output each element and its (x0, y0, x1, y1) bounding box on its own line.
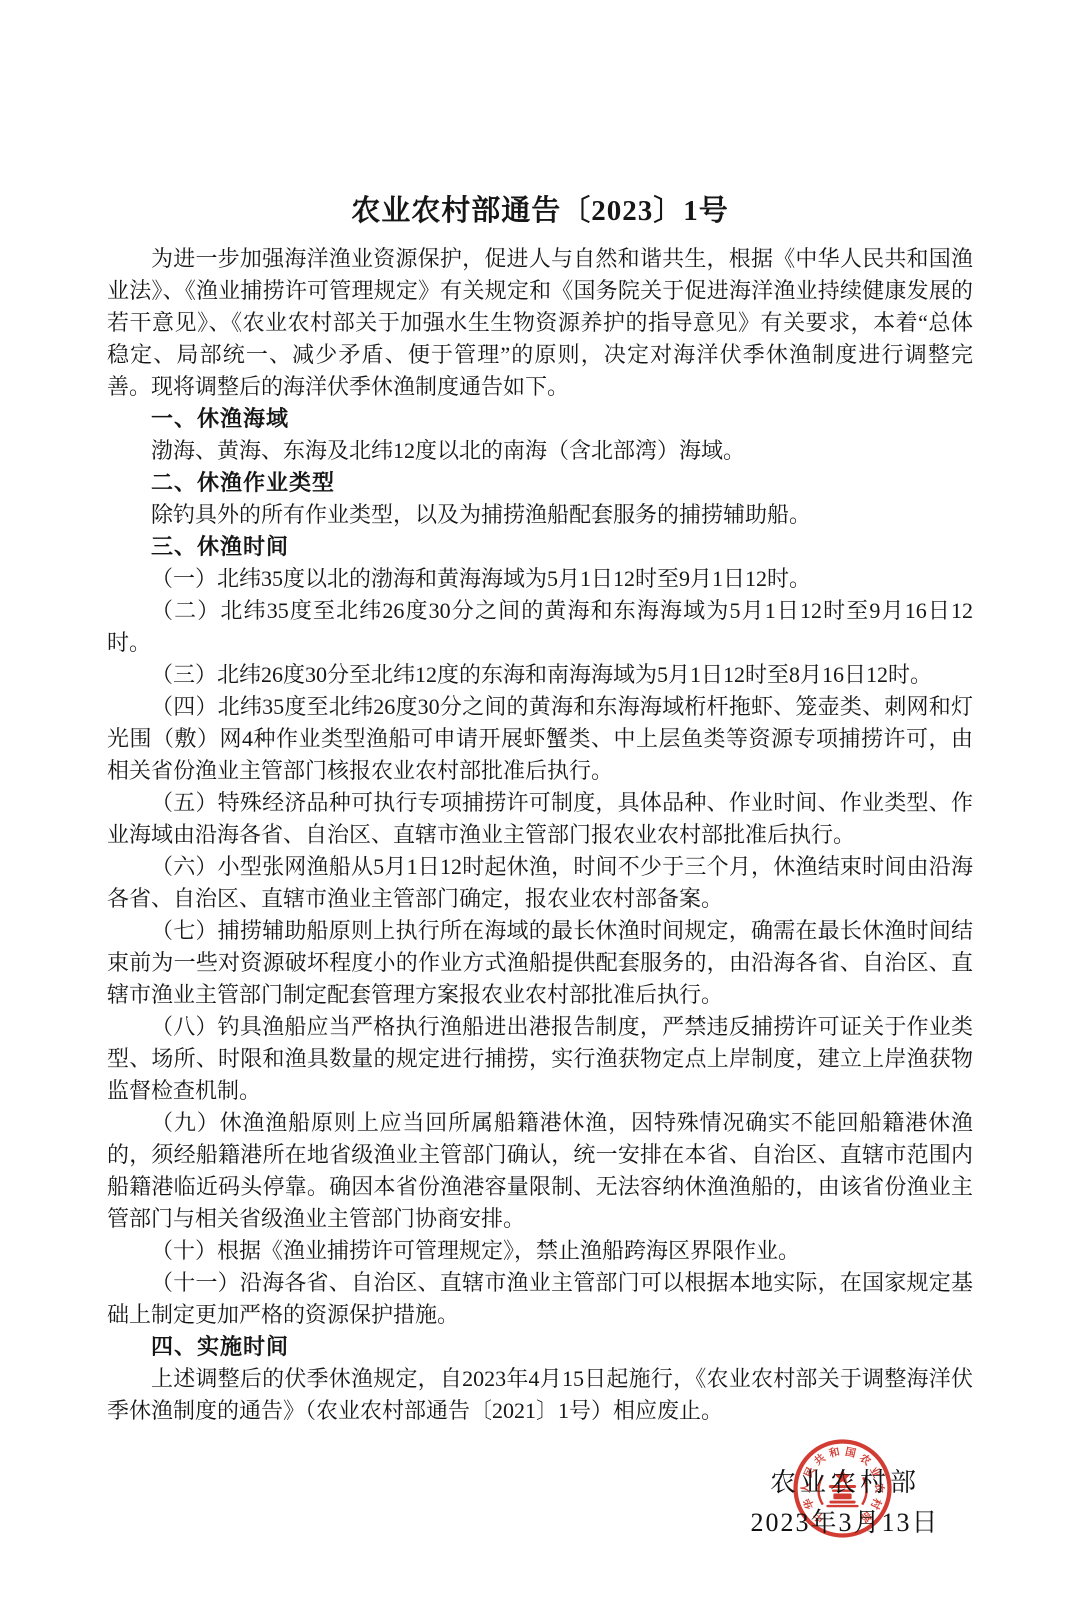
seal-ring-char: 华 (801, 1496, 817, 1511)
seal-ring-char: 农 (857, 1451, 874, 1468)
paragraph: 除钓具外的所有作业类型，以及为捕捞渔船配套服务的捕捞辅助船。 (107, 499, 973, 531)
section-heading: 二、休渔作业类型 (107, 467, 973, 499)
document-page: 农业农村部通告〔2023〕1号 为进一步加强海洋渔业资源保护，促进人与自然和谐共… (0, 0, 1080, 1620)
seal-ring-char: 共 (812, 1451, 829, 1468)
paragraph: （九）休渔渔船原则上应当回所属船籍港休渔，因特殊情况确实不能回船籍港休渔的，须经… (107, 1107, 973, 1235)
national-emblem-icon (818, 1469, 866, 1507)
seal-ring-char: 村 (868, 1496, 884, 1511)
paragraph: （六）小型张网渔船从5月1日12时起休渔，时间不少于三个月，休渔结束时间由沿海各… (107, 851, 973, 915)
paragraph: （七）捕捞辅助船原则上执行所在海域的最长休渔时间规定，确需在最长休渔时间结束前为… (107, 915, 973, 1011)
seal-ring-char: 农 (873, 1483, 886, 1494)
seal-ring-char: 业 (867, 1465, 884, 1481)
paragraph: （十一）沿海各省、自治区、直辖市渔业主管部门可以根据本地实际，在国家规定基础上制… (107, 1267, 973, 1331)
seal-ring-char: 中 (810, 1508, 827, 1525)
paragraph: （一）北纬35度以北的渤海和黄海海域为5月1日12时至9月1日12时。 (107, 563, 973, 595)
paragraph: （五）特殊经济品种可执行专项捕捞许可制度，具体品种、作业时间、作业类型、作业海域… (107, 787, 973, 851)
section-heading: 三、休渔时间 (107, 531, 973, 563)
section-heading: 四、实施时间 (107, 1331, 973, 1363)
seal-ring-char: 国 (844, 1445, 858, 1460)
signature-organization: 农业农村部 (700, 1462, 990, 1499)
paragraph: （三）北纬26度30分至北纬12度的东海和南海海域为5月1日12时至8月16日1… (107, 659, 973, 691)
document-body: 为进一步加强海洋渔业资源保护，促进人与自然和谐共生，根据《中华人民共和国渔业法》… (107, 243, 973, 1427)
seal-ring-char: 和 (828, 1445, 842, 1460)
signature-date: 2023年3月13日 (700, 1502, 990, 1539)
paragraph: （八）钓具渔船应当严格执行渔船进出港报告制度，严禁违反捕捞许可证关于作业类型、场… (107, 1011, 973, 1107)
seal-ring-char: 人 (799, 1482, 812, 1493)
document-title: 农业农村部通告〔2023〕1号 (0, 188, 1080, 229)
paragraph: （二）北纬35度至北纬26度30分之间的黄海和东海海域为5月1日12时至9月16… (107, 595, 973, 659)
paragraph: 上述调整后的伏季休渔规定，自2023年4月15日起施行，《农业农村部关于调整海洋… (107, 1363, 973, 1427)
seal-ring-text: 中华人民共和国农业农村部 (799, 1445, 886, 1525)
paragraph: 为进一步加强海洋渔业资源保护，促进人与自然和谐共生，根据《中华人民共和国渔业法》… (107, 243, 973, 403)
section-heading: 一、休渔海域 (107, 403, 973, 435)
seal-ring-border (796, 1442, 890, 1536)
seal-ring-char: 部 (858, 1508, 875, 1525)
seal-ring-char: 民 (801, 1464, 818, 1480)
paragraph: （十）根据《渔业捕捞许可管理规定》，禁止渔船跨海区界限作业。 (107, 1235, 973, 1267)
official-seal: 中华人民共和国农业农村部 (792, 1438, 893, 1539)
paragraph: （四）北纬35度至北纬26度30分之间的黄海和东海海域桁杆拖虾、笼壶类、刺网和灯… (107, 691, 973, 787)
paragraph: 渤海、黄海、东海及北纬12度以北的南海（含北部湾）海域。 (107, 435, 973, 467)
